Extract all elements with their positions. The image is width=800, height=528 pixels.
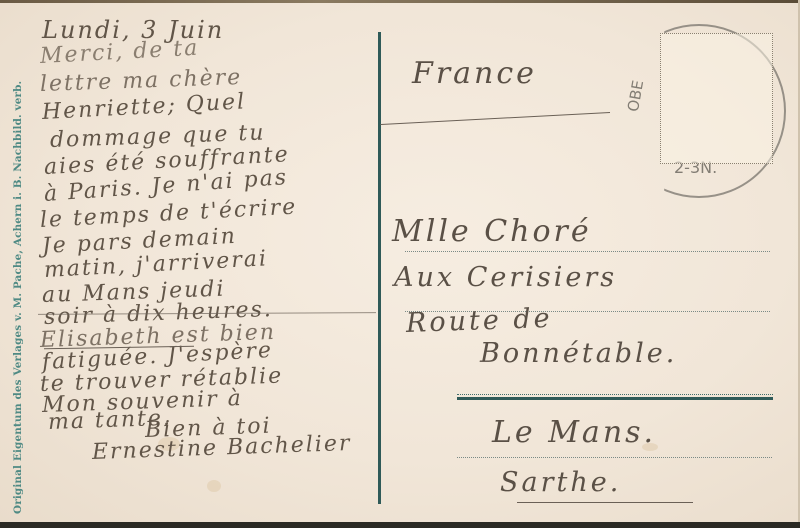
address-dotted-line-3 xyxy=(457,457,772,458)
address-line-1: Aux Cerisiers xyxy=(394,262,617,293)
card-top-edge xyxy=(0,0,800,3)
address-country: France xyxy=(412,56,537,91)
address-line-2: Route de xyxy=(405,303,553,339)
region-underline xyxy=(517,502,693,503)
separator-solid xyxy=(457,397,773,400)
address-line-3: Bonnétable. xyxy=(480,338,677,369)
postmark-town-text: OBE xyxy=(624,79,647,113)
message-signature: Ernestine Bachelier xyxy=(92,431,352,465)
paper-stain xyxy=(207,480,221,492)
separator-dots xyxy=(457,394,773,395)
postcard-back: Original Eigentum des Verlages v. M. Pac… xyxy=(0,0,800,528)
center-divider-line xyxy=(378,32,381,504)
address-city: Le Mans. xyxy=(492,415,656,450)
country-underline xyxy=(380,112,610,125)
publisher-imprint: Original Eigentum des Verlages v. M. Pac… xyxy=(12,81,24,514)
address-recipient: Mlle Choré xyxy=(392,214,592,249)
address-dotted-line-1 xyxy=(405,251,770,252)
address-region: Sarthe. xyxy=(500,467,621,498)
stamp-placeholder-box xyxy=(660,33,773,164)
city-separator-double-line xyxy=(457,394,773,400)
